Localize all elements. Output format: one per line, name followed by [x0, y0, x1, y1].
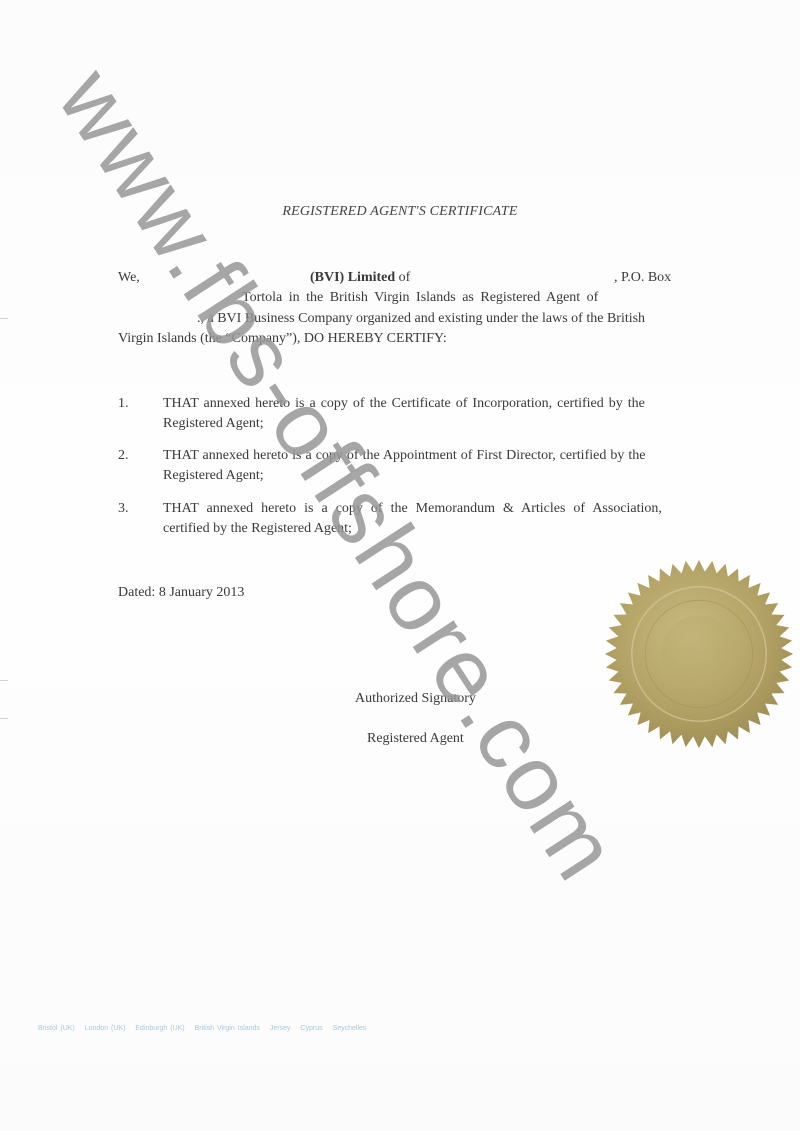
item-2-number: 2.: [118, 448, 129, 464]
footer-location: British Virgin Islands: [195, 1025, 260, 1032]
intro-line4: Virgin Islands (the “Company”), DO HEREB…: [118, 331, 447, 347]
footer-location: Jersey: [270, 1025, 291, 1032]
item-3-line1: THAT annexed hereto is a copy of the Mem…: [163, 501, 662, 517]
intro-line3: ., a BVI Business Company organized and …: [197, 311, 645, 327]
gold-seal-icon: [603, 558, 795, 750]
item-2-line2: Registered Agent;: [163, 468, 264, 484]
footer-location: Cyprus: [300, 1025, 322, 1032]
authorized-signatory: Authorized Signatory: [355, 691, 476, 707]
scan-mark: [0, 318, 8, 319]
intro-of: of: [395, 270, 410, 285]
item-3-line2: certified by the Registered Agent;: [163, 521, 352, 537]
intro-company: (BVI) Limited of: [310, 270, 410, 286]
item-1-number: 1.: [118, 396, 129, 412]
item-3-number: 3.: [118, 501, 129, 517]
intro-we: We,: [118, 270, 140, 286]
footer-locations: Bristol (UK) London (UK) Edinburgh (UK) …: [38, 1025, 373, 1032]
footer-location: Edinburgh (UK): [135, 1025, 184, 1032]
dated-line: Dated: 8 January 2013: [118, 585, 244, 601]
company-name: (BVI) Limited: [310, 270, 395, 285]
item-2-line1: THAT annexed hereto is a copy of the App…: [163, 448, 645, 464]
registered-agent-label: Registered Agent: [367, 731, 464, 747]
footer-location: Seychelles: [333, 1025, 367, 1032]
scan-mark: [0, 680, 8, 681]
document-page: REGISTERED AGENT'S CERTIFICATE We, (BVI)…: [0, 0, 800, 1131]
scan-mark: [0, 718, 8, 719]
intro-line2: Tortola in the British Virgin Islands as…: [242, 290, 598, 306]
intro-pobox: , P.O. Box: [614, 270, 671, 286]
footer-location: London (UK): [85, 1025, 126, 1032]
watermark: www.fbs-offshore.com: [37, 51, 639, 899]
footer-location: Bristol (UK): [38, 1025, 75, 1032]
item-1-line1: THAT annexed hereto is a copy of the Cer…: [163, 396, 645, 412]
certificate-title: REGISTERED AGENT'S CERTIFICATE: [0, 204, 800, 220]
item-1-line2: Registered Agent;: [163, 416, 264, 432]
